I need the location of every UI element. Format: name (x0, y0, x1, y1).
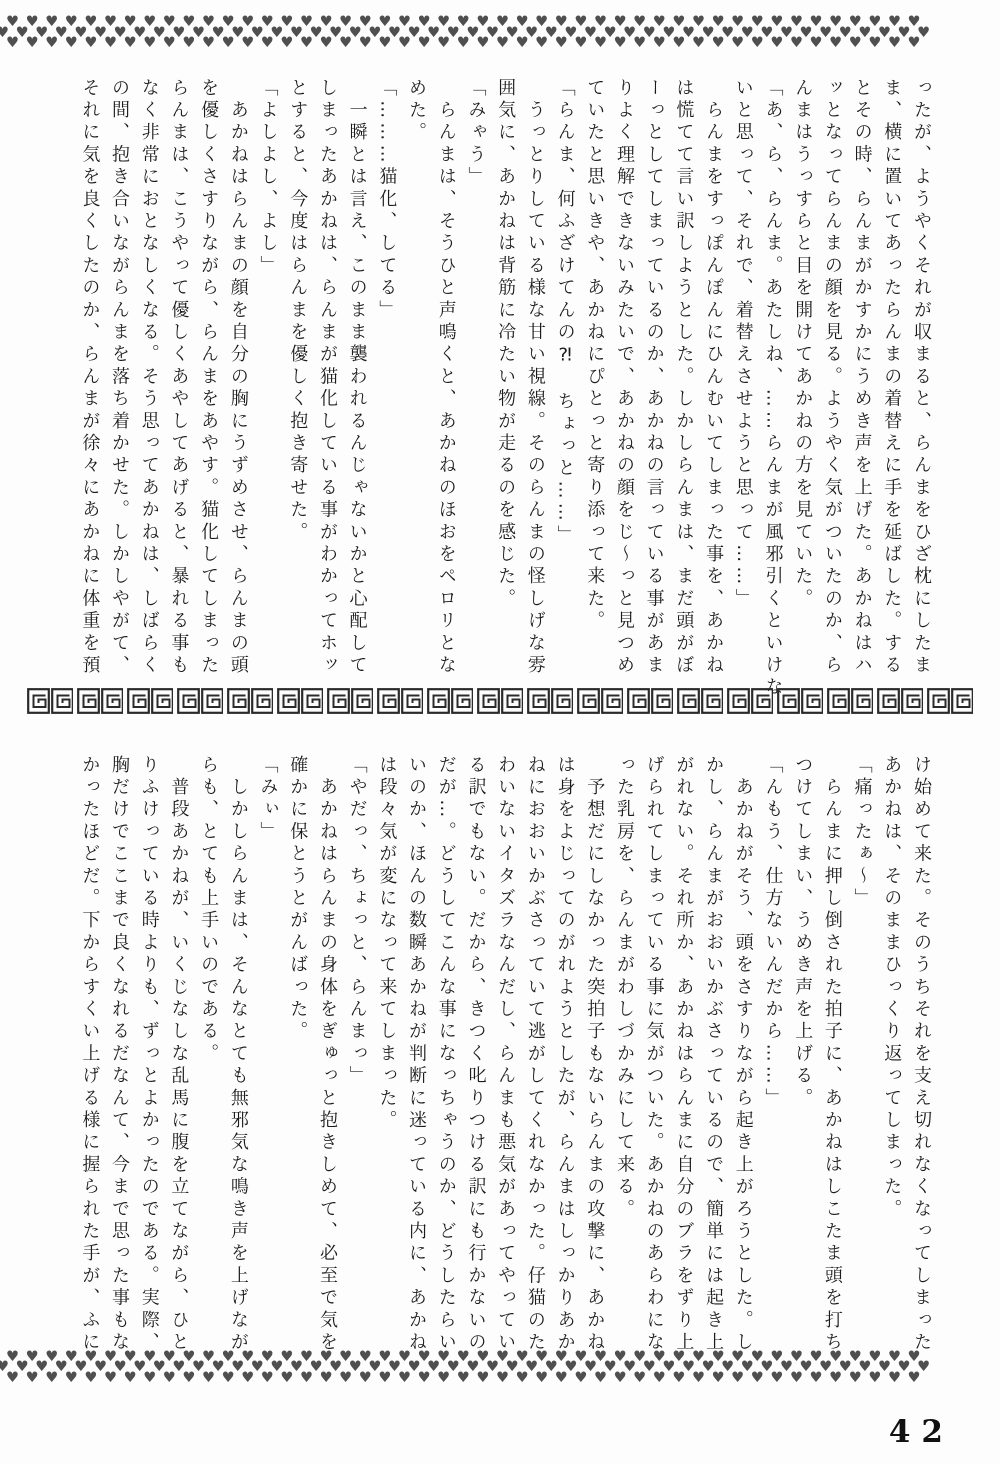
greek-key-ornament (427, 688, 473, 714)
ornament-divider (0, 688, 1000, 715)
story-text-lower: け始めて来た。そのうちそれを支え切れなくなってしまったあかねは、そのままひっくり… (75, 755, 936, 1363)
text-column: らんまは、そうひと声鳴くと、あかねのほおをペロリとな (431, 78, 461, 686)
heart-row: ♥♥♥♥♥♥♥♥♥♥♥♥♥♥♥♥♥♥♥♥♥♥♥♥♥♥♥♥♥♥♥♥♥♥♥♥♥♥♥♥… (6, 1372, 1000, 1383)
text-column: しまったあかねは、らんまが猫化している事がわかってホッ (312, 78, 342, 686)
text-column: かったほどだ。下からすくい上げる様に握られた手が、ふに (75, 755, 105, 1363)
text-column: った乳房を、らんまがわしづかみにして来る。 (609, 755, 639, 1363)
text-column: ねにおおいかぶさっていて逃がしてくれなかった。仔猫のた (520, 755, 550, 1363)
text-column: 「んもう、仕方ないんだから……」 (758, 755, 788, 1363)
text-column: は身をよじってのがれようとしたが、らんまはしっかりあか (550, 755, 580, 1363)
text-column: 「みゃう」 (461, 78, 491, 686)
text-column: あかねは、そのままひっくり返ってしまった。 (877, 755, 907, 1363)
text-column: うっとりしている様な甘い視線。そのらんまの怪しげな雰 (520, 78, 550, 686)
greek-key-ornament (77, 688, 123, 714)
text-column: 一瞬とは言え、このまま襲われるんじゃないかと心配して (342, 78, 372, 686)
text-column: げられてしまっている事に気がついた。あかねのあらわにな (639, 755, 669, 1363)
text-column: 囲気に、あかねは背筋に冷たい物が走るのを感じた。 (490, 78, 520, 686)
greek-key-ornament (877, 688, 923, 714)
text-column: しかしらんまは、そんなとても無邪気な鳴き声を上げなが (223, 755, 253, 1363)
story-text-upper: ったが、ようやくそれが収まると、らんまをひざ枕にしたまま、横に置いてあったらんま… (75, 78, 936, 686)
text-column: 「あ、ら、らんま。あたしね、……らんまが風邪引くといけな (758, 78, 788, 686)
greek-key-ornament (277, 688, 323, 714)
text-column: 予想だにしなかった突拍子もないらんまの攻撃に、あかね (580, 755, 610, 1363)
greek-key-ornament (377, 688, 423, 714)
text-column: がれない。それ所か、あかねはらんまに自分のブラをずり上 (669, 755, 699, 1363)
text-column: の間、抱き合いながらんまを落ち着かせた。しかしやがて、 (104, 78, 134, 686)
text-column: りふけっている時よりも、ずっとよかったのである。実際、 (134, 755, 164, 1363)
text-column: 確かに保とうとがんばった。 (283, 755, 313, 1363)
text-column: らんまは、こうやって優しくあやしてあげると、暴れる事も (164, 78, 194, 686)
text-column: りよく理解できないみたいで、あかねの顔をじ〜っと見つめ (609, 78, 639, 686)
greek-key-ornament (477, 688, 523, 714)
heart-border-top: ♥♥♥♥♥♥♥♥♥♥♥♥♥♥♥♥♥♥♥♥♥♥♥♥♥♥♥♥♥♥♥♥♥♥♥♥♥♥♥♥… (0, 16, 1000, 48)
text-column: ッとなってらんまの顔を見る。ようやく気がついたのか、ら (817, 78, 847, 686)
greek-key-ornament (327, 688, 373, 714)
text-column: は慌てて言い訳しようとした。しかしらんまは、まだ頭がぼ (669, 78, 699, 686)
text-column: とすると、今度はらんまを優しく抱き寄せた。 (283, 78, 313, 686)
text-column: わいないイタズラなんだし、らんまも悪気があってやってい (490, 755, 520, 1363)
greek-key-ornament (927, 688, 973, 714)
text-column: つけてしまい、うめき声を上げる。 (787, 755, 817, 1363)
text-column: とその時、らんまがかすかにうめき声を上げた。あかねはハ (847, 78, 877, 686)
text-column: だが…。どうしてこんな事になっちゃうのか、どうしたらい (431, 755, 461, 1363)
text-column: 「………猫化、してる」 (372, 78, 402, 686)
text-column: らんまに押し倒された拍子に、あかねはしこたま頭を打ち (817, 755, 847, 1363)
greek-key-ornament (727, 688, 773, 714)
text-column: 「みぃ」 (253, 755, 283, 1363)
heart-border-bottom: ♥♥♥♥♥♥♥♥♥♥♥♥♥♥♥♥♥♥♥♥♥♥♥♥♥♥♥♥♥♥♥♥♥♥♥♥♥♥♥♥… (0, 1351, 1000, 1383)
text-column: それに気を良くしたのか、らんまが徐々にあかねに体重を預 (75, 78, 105, 686)
text-column: んまはうっすらと目を開けてあかねの方を見ていた。 (787, 78, 817, 686)
text-column: け始めて来た。そのうちそれを支え切れなくなってしまった (906, 755, 936, 1363)
page-number: 42 (889, 1414, 954, 1450)
doujinshi-page: ♥♥♥♥♥♥♥♥♥♥♥♥♥♥♥♥♥♥♥♥♥♥♥♥♥♥♥♥♥♥♥♥♥♥♥♥♥♥♥♥… (0, 0, 1000, 1464)
text-column: ま、横に置いてあったらんまの着替えに手を延ばした。する (877, 78, 907, 686)
text-column: あかねがそう、頭をさすりながら起き上がろうとした。し (728, 755, 758, 1363)
text-column: なく非常におとなしくなる。そう思ってあかねは、しばらく (134, 78, 164, 686)
greek-key-ornament (127, 688, 173, 714)
greek-key-ornament (627, 688, 673, 714)
text-column: ーっとしてしまっているのか、あかねの言っている事があま (639, 78, 669, 686)
text-column: 「やだっ、ちょっと、らんまっ」 (342, 755, 372, 1363)
greek-key-ornament (527, 688, 573, 714)
text-column: る訳でもない。だから、きつく叱りつける訳にも行かないの (461, 755, 491, 1363)
text-column: かし、らんまがおおいかぶさっているので、簡単には起き上 (698, 755, 728, 1363)
text-column: あかねはらんまの身体をぎゅっと抱きしめて、必至で気を (312, 755, 342, 1363)
text-column: ていたと思いきや、あかねにぴとっと寄り添って来た。 (580, 78, 610, 686)
text-column: は段々気が変になって来てしまった。 (372, 755, 402, 1363)
text-column: いのか、ほんの数瞬あかねが判断に迷っている内に、あかね (401, 755, 431, 1363)
text-column: 「らんま、何ふざけてんの⁈ ちょっと……」 (550, 78, 580, 686)
text-column: めた。 (401, 78, 431, 686)
greek-key-ornament (177, 688, 223, 714)
greek-key-ornament (27, 688, 73, 714)
text-column: 「痛ったぁ〜」 (847, 755, 877, 1363)
text-column: らんまをすっぽんぽんにひんむいてしまった事を、あかね (698, 78, 728, 686)
greek-key-ornament (827, 688, 873, 714)
greek-key-ornament (677, 688, 723, 714)
greek-key-ornament (577, 688, 623, 714)
greek-key-ornament (227, 688, 273, 714)
greek-key-ornament (777, 688, 823, 714)
text-column: 「よしよし、よし」 (253, 78, 283, 686)
text-column: あかねはらんまの顔を自分の胸にうずめさせ、らんまの頭 (223, 78, 253, 686)
text-column: いと思って、それで、着替えさせようと思って……」 (728, 78, 758, 686)
text-column: 胸だけでここまで良くなれるだなんて、今まで思った事もな (104, 755, 134, 1363)
text-column: 普段あかねが、いくじなしな乱馬に腹を立てながら、ひと (164, 755, 194, 1363)
text-column: ったが、ようやくそれが収まると、らんまをひざ枕にしたま (906, 78, 936, 686)
heart-row: ♥♥♥♥♥♥♥♥♥♥♥♥♥♥♥♥♥♥♥♥♥♥♥♥♥♥♥♥♥♥♥♥♥♥♥♥♥♥♥♥… (6, 37, 1000, 48)
text-column: を優しくさすりながら、らんまをあやす。猫化してしまった (193, 78, 223, 686)
text-column: らも、とても上手いのである。 (193, 755, 223, 1363)
